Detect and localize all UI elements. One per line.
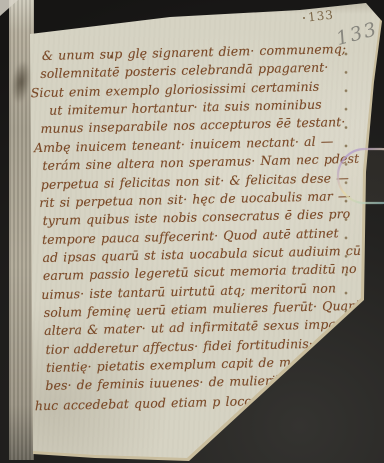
- ink-speck: [110, 55, 113, 58]
- text-line: sollemnitatē posteris celebrandā ppagare…: [40, 59, 328, 81]
- parchment-leaf: & unum sup glę signarent diem· communemq…: [0, 0, 384, 463]
- text-line: terám sine altera non speramus· Nam nec …: [42, 151, 359, 173]
- ink-dot: [303, 17, 305, 19]
- text-line: munus inseparabile nos accepturos ēē tes…: [40, 114, 345, 136]
- text-line: tyrum quibus iste nobis consecratus ē di…: [42, 206, 350, 228]
- text-line: huc accedebat quod etiam p loco natalium: [35, 392, 314, 413]
- folio-number-ink: 133: [307, 8, 334, 25]
- manuscript-photo: & unum sup glę signarent diem· communemq…: [0, 0, 384, 463]
- text-line: bes· de feminis iuuenes· de mulierib; ui…: [45, 371, 349, 393]
- transparent-clip-tab: [336, 146, 384, 208]
- text-block: & unum sup glę signarent diem· communemq…: [0, 0, 384, 463]
